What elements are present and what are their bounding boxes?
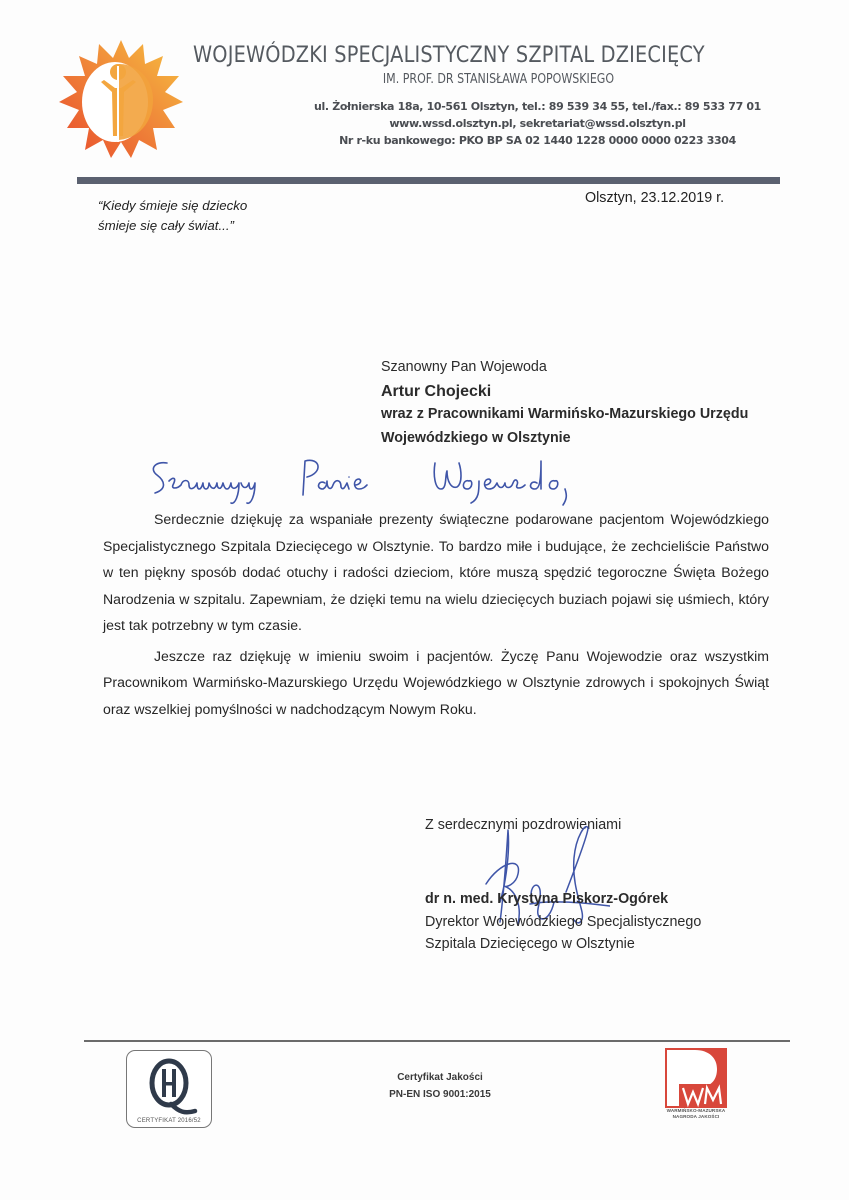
letter-date: Olsztyn, 23.12.2019 r. bbox=[585, 190, 724, 206]
quality-certificate-text: Certyfikat Jakości PN-EN ISO 9001:2015 bbox=[360, 1069, 520, 1103]
cert-title: Certyfikat Jakości bbox=[360, 1069, 520, 1086]
q-cert-icon bbox=[127, 1054, 211, 1118]
signer-title-line-2: Szpitala Dziecięcego w Olsztynie bbox=[425, 933, 701, 956]
institution-name: WOJEWÓDZKI SPECJALISTYCZNY SZPITAL DZIEC… bbox=[193, 42, 709, 68]
web-email-line: www.wssd.olsztyn.pl, sekretariat@wssd.ol… bbox=[275, 115, 800, 132]
header-divider bbox=[77, 177, 780, 184]
institution-patron: IM. PROF. DR STANISŁAWA POPOWSKIEGO bbox=[235, 72, 745, 87]
wm-award-caption: WARMIŃSKO-MAZURSKA NAGRODA JAKOŚCI bbox=[650, 1108, 742, 1120]
wm-award-icon bbox=[665, 1048, 727, 1110]
letter-body: Serdecznie dziękuję za wspaniałe prezent… bbox=[103, 506, 769, 722]
handwritten-greeting bbox=[145, 455, 645, 510]
body-paragraph-1: Serdecznie dziękuję za wspaniałe prezent… bbox=[103, 506, 769, 639]
address-line: ul. Żołnierska 18a, 10-561 Olsztyn, tel.… bbox=[275, 98, 800, 115]
hospital-logo bbox=[57, 38, 185, 160]
bank-account-line: Nr r-ku bankowego: PKO BP SA 02 1440 122… bbox=[275, 132, 800, 149]
signer-block: dr n. med. Krystyna Piskorz-Ogórek Dyrek… bbox=[425, 888, 701, 956]
recipient-block: Szanowny Pan Wojewoda Artur Chojecki wra… bbox=[381, 356, 748, 450]
recipient-name: Artur Chojecki bbox=[381, 380, 748, 404]
motto-line-1: “Kiedy śmieje się dziecko bbox=[98, 196, 247, 216]
contact-block: ul. Żołnierska 18a, 10-561 Olsztyn, tel.… bbox=[200, 98, 800, 149]
sun-child-logo-icon bbox=[57, 38, 185, 160]
recipient-salutation: Szanowny Pan Wojewoda bbox=[381, 356, 748, 380]
signer-title-line-1: Dyrektor Wojewódzkiego Specjalistycznego bbox=[425, 911, 701, 934]
footer-divider bbox=[84, 1040, 790, 1042]
motto-line-2: śmieje się cały świat...” bbox=[98, 216, 247, 236]
signer-name: dr n. med. Krystyna Piskorz-Ogórek bbox=[425, 888, 701, 911]
handwriting-icon bbox=[145, 455, 645, 510]
cert-badge-caption: CERTYFIKAT 2016/52 bbox=[127, 1118, 211, 1124]
motto: “Kiedy śmieje się dziecko śmieje się cał… bbox=[98, 196, 247, 236]
cert-standard: PN-EN ISO 9001:2015 bbox=[360, 1086, 520, 1103]
wm-caption-line-2: NAGRODA JAKOŚCI bbox=[650, 1114, 742, 1120]
recipient-line-4: Wojewódzkiego w Olsztynie bbox=[381, 427, 748, 451]
recipient-line-3: wraz z Pracownikami Warmińsko-Mazurskieg… bbox=[381, 403, 748, 427]
quality-certificate-badge: CERTYFIKAT 2016/52 bbox=[126, 1050, 212, 1128]
body-paragraph-2: Jeszcze raz dziękuję w imieniu swoim i p… bbox=[103, 643, 769, 723]
